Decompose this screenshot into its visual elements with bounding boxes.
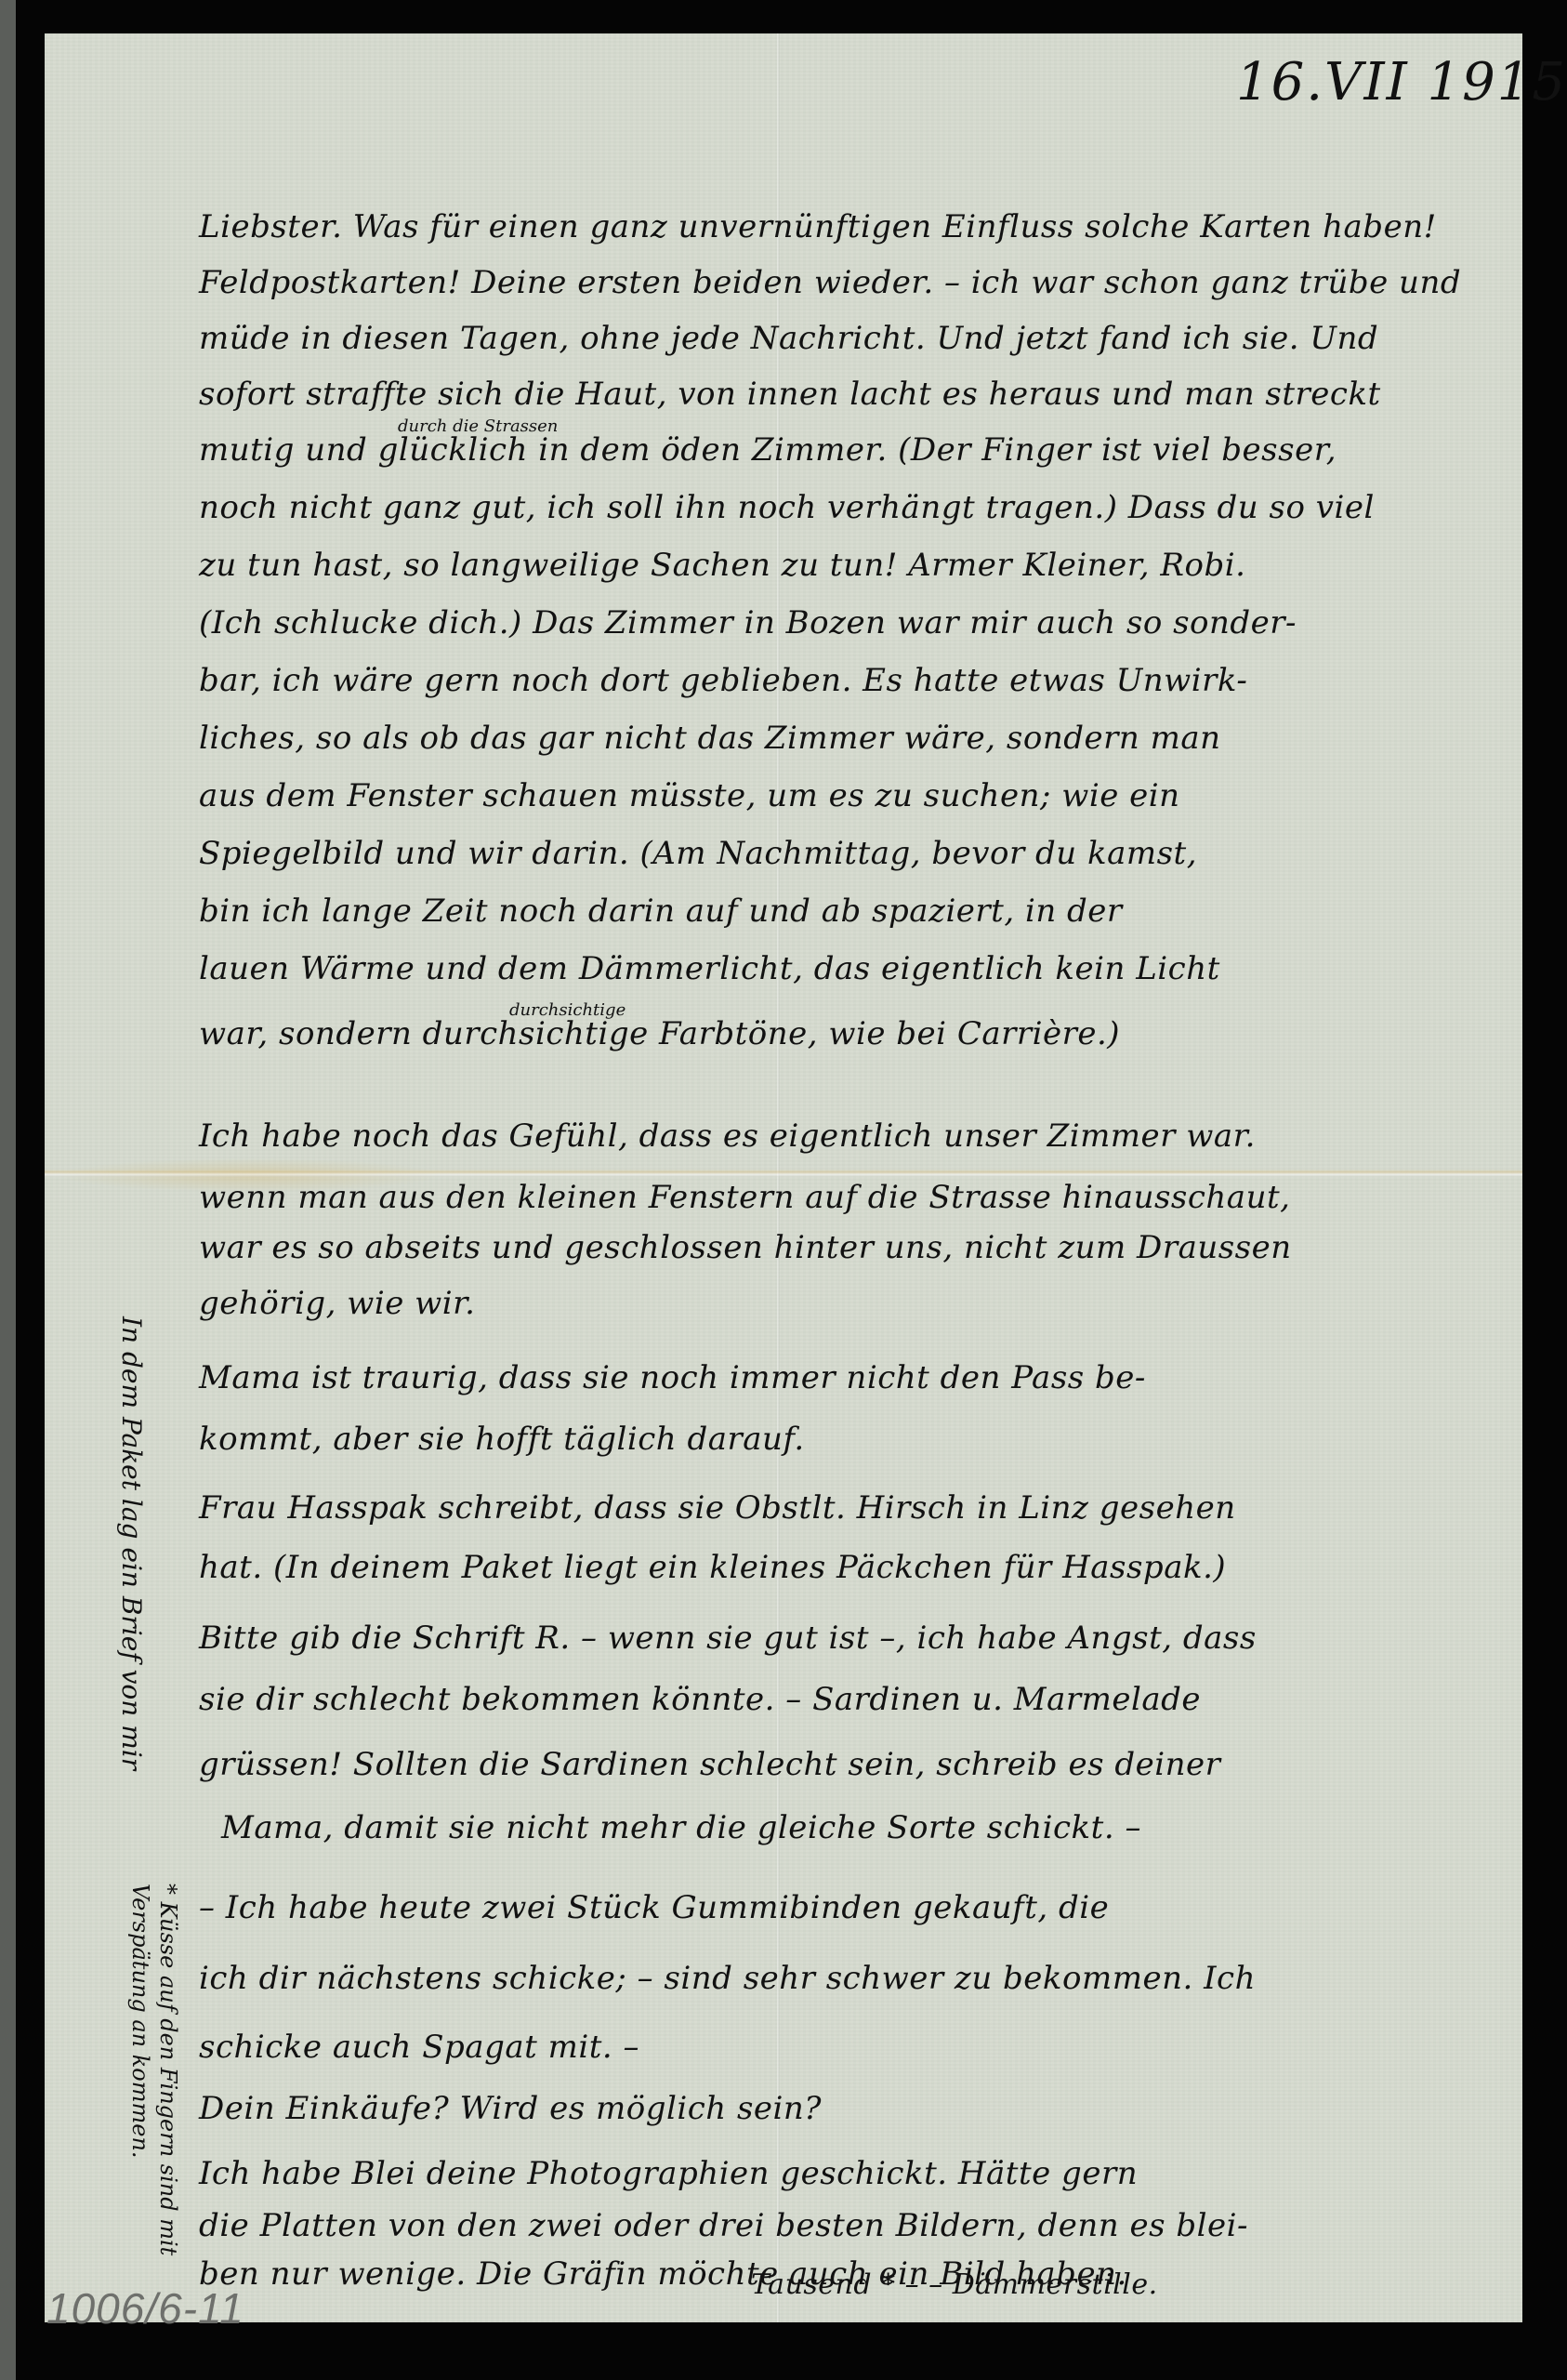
letter-line: Dein Einkäufe? Wird es möglich sein? bbox=[199, 2090, 822, 2127]
letter-line: – Ich habe heute zwei Stück Gummibinden … bbox=[199, 1889, 1109, 1926]
letter-line: noch nicht ganz gut, ich soll ihn noch v… bbox=[199, 489, 1375, 526]
letter-date: 16.VII 1915. bbox=[1236, 52, 1567, 112]
letter-line: (Ich schlucke dich.) Das Zimmer in Bozen… bbox=[199, 604, 1297, 641]
scanner-edge-strip bbox=[0, 0, 16, 2380]
letter-line: aus dem Fenster schauen müsste, um es zu… bbox=[199, 777, 1180, 814]
letter-line: liches, so als ob das gar nicht das Zimm… bbox=[199, 720, 1221, 757]
letter-line: grüssen! Sollten die Sardinen schlecht s… bbox=[199, 1746, 1220, 1783]
letter-line: wenn man aus den kleinen Fenstern auf di… bbox=[199, 1179, 1290, 1216]
letter-line: Liebster. Was für einen ganz unvernünfti… bbox=[199, 208, 1437, 245]
letter-line: hat. (In deinem Paket liegt ein kleines … bbox=[199, 1549, 1226, 1586]
letter-line: Spiegelbild und wir darin. (Am Nachmitta… bbox=[199, 835, 1197, 872]
letter-line: Ich habe noch das Gefühl, dass es eigent… bbox=[199, 1117, 1256, 1155]
archive-number: 1006/6-11 bbox=[46, 2283, 244, 2334]
letter-line: war, sondern durchsichtige Farbtöne, wie… bbox=[199, 1015, 1120, 1052]
signature: Tausend * – – Dämmerstille. bbox=[751, 2268, 1158, 2301]
letter-line: die Platten von den zwei oder drei beste… bbox=[199, 2207, 1248, 2244]
letter-line: Frau Hasspak schreibt, dass sie Obstlt. … bbox=[199, 1489, 1236, 1527]
horizontal-fold bbox=[45, 1170, 1522, 1177]
letter-line: Bitte gib die Schrift R. – wenn sie gut … bbox=[199, 1620, 1257, 1657]
letter-line: lauen Wärme und dem Dämmerlicht, das eig… bbox=[199, 950, 1220, 987]
margin-note-asterisk: * Küsse auf den Fingern sind mit Verspät… bbox=[126, 1884, 182, 2274]
letter-line: müde in diesen Tagen, ohne jede Nachrich… bbox=[199, 320, 1378, 357]
letter-line: gehörig, wie wir. bbox=[199, 1285, 475, 1322]
letter-line: sofort straffte sich die Haut, von innen… bbox=[199, 376, 1381, 413]
letter-line: ich dir nächstens schicke; – sind sehr s… bbox=[199, 1960, 1256, 1997]
letter-line: Ich habe Blei deine Photographien geschi… bbox=[199, 2155, 1138, 2192]
letter-line: bar, ich wäre gern noch dort geblieben. … bbox=[199, 662, 1247, 699]
letter-line: Mama, damit sie nicht mehr die gleiche S… bbox=[221, 1809, 1141, 1846]
letter-line: war es so abseits und geschlossen hinter… bbox=[199, 1229, 1292, 1266]
letter-line: bin ich lange Zeit noch darin auf und ab… bbox=[199, 892, 1123, 930]
letter-page: 16.VII 1915. Liebster. Was für einen gan… bbox=[45, 33, 1522, 2322]
margin-note: In dem Paket lag ein Brief von mir bbox=[116, 1316, 147, 1770]
letter-line: mutig und glücklich in dem öden Zimmer. … bbox=[199, 431, 1337, 469]
letter-line: zu tun hast, so langweilige Sachen zu tu… bbox=[199, 547, 1245, 584]
letter-line: schicke auch Spagat mit. – bbox=[199, 2029, 639, 2066]
letter-line: Mama ist traurig, dass sie noch immer ni… bbox=[199, 1359, 1146, 1396]
letter-line: sie dir schlecht bekommen könnte. – Sard… bbox=[199, 1681, 1201, 1718]
letter-line: kommt, aber sie hofft täglich darauf. bbox=[199, 1421, 805, 1458]
letter-line: Feldpostkarten! Deine ersten beiden wied… bbox=[199, 264, 1461, 301]
